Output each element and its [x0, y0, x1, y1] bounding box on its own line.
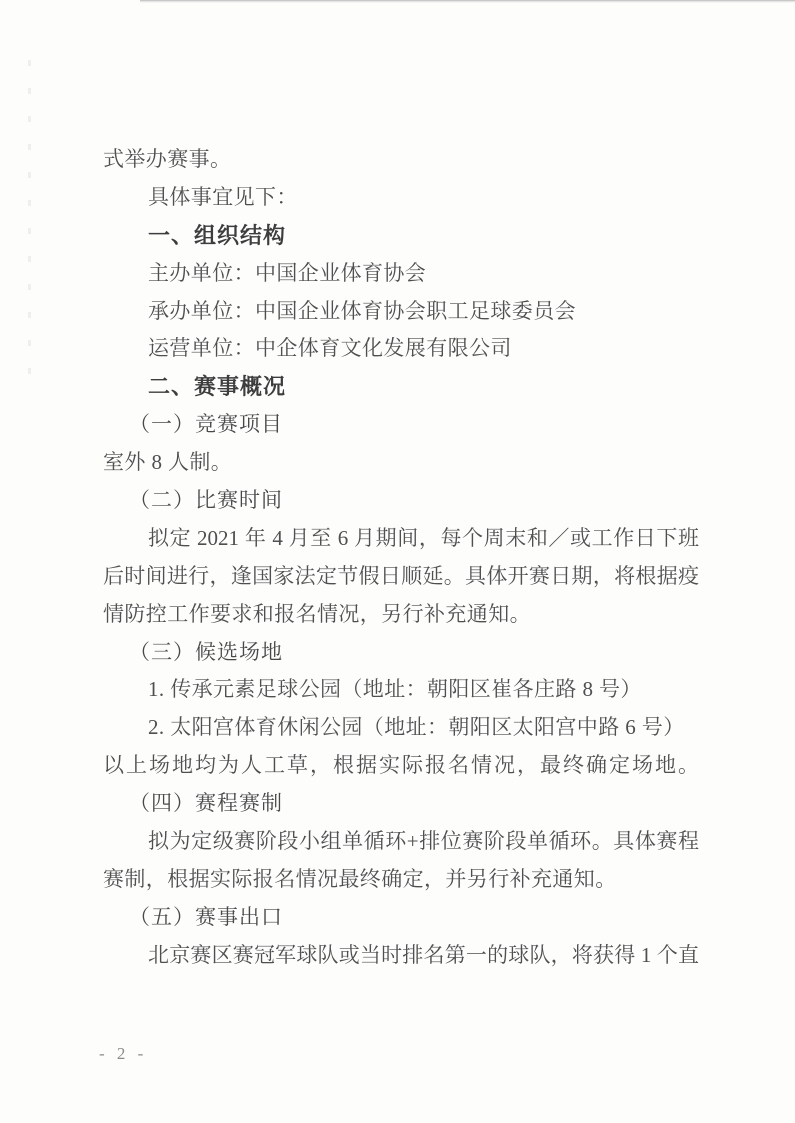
document-page: 式举办赛事。具体事宜见下：一、组织结构主办单位：中国企业体育协会承办单位：中国企… [0, 0, 795, 1123]
text-line: 主办单位：中国企业体育协会 [103, 255, 699, 293]
text-line: 以上场地均为人工草，根据实际报名情况，最终确定场地。 [103, 747, 699, 785]
text-line: 2. 太阳宫体育休闲公园（地址：朝阳区太阳宫中路 6 号） [103, 709, 699, 747]
text-line: 拟定 2021 年 4 月至 6 月期间，每个周末和／或工作日下班 [103, 520, 699, 558]
text-line: 一、组织结构 [103, 217, 699, 255]
text-line: 北京赛区赛冠军球队或当时排名第一的球队，将获得 1 个直 [103, 937, 699, 975]
text-line: 室外 8 人制。 [103, 444, 699, 482]
text-line: （五）赛事出口 [103, 899, 699, 937]
scan-artifact-left-noise [28, 60, 31, 380]
text-line: 二、赛事概况 [103, 368, 699, 406]
text-line: 情防控工作要求和报名情况，另行补充通知。 [103, 596, 699, 634]
text-line: 承办单位：中国企业体育协会职工足球委员会 [103, 293, 699, 331]
text-line: 运营单位：中企体育文化发展有限公司 [103, 330, 699, 368]
document-body: 式举办赛事。具体事宜见下：一、组织结构主办单位：中国企业体育协会承办单位：中国企… [103, 141, 699, 975]
page-number: - 2 - [99, 1044, 147, 1064]
text-line: 后时间进行，逢国家法定节假日顺延。具体开赛日期，将根据疫 [103, 558, 699, 596]
text-line: 赛制，根据实际报名情况最终确定，并另行补充通知。 [103, 861, 699, 899]
text-line: （三）候选场地 [103, 634, 699, 672]
text-line: （二）比赛时间 [103, 482, 699, 520]
text-line: 1. 传承元素足球公园（地址：朝阳区崔各庄路 8 号） [103, 671, 699, 709]
text-line: 式举办赛事。 [103, 141, 699, 179]
text-line: 具体事宜见下： [103, 179, 699, 217]
text-line: 拟为定级赛阶段小组单循环+排位赛阶段单循环。具体赛程 [103, 823, 699, 861]
text-line: （一）竞赛项目 [103, 406, 699, 444]
text-line: （四）赛程赛制 [103, 785, 699, 823]
scan-artifact-top-edge [140, 0, 795, 3]
